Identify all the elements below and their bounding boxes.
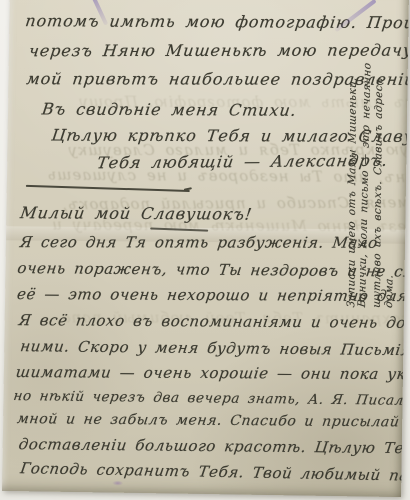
handwriting-line: доставленіи большого красотѣ. Цѣлую Тебя [18, 435, 409, 457]
handwriting-line: но нѣкій черезъ два вечера знать, А. Я. … [12, 388, 408, 410]
letter-scan: { "colors": { "background": "#f0efeb", "… [0, 0, 410, 500]
handwriting-line: ними. Скоро у меня будутъ новыя Письмія [19, 337, 409, 359]
divider-rule [26, 185, 190, 192]
ink-smudge-bottom-left [112, 481, 123, 486]
handwriting-line: мной и не забылъ меня. Спасибо и присыла… [16, 411, 409, 431]
paper-sheet: Цѣлую крѣпко Тебя и милаго Славушку очен… [2, 0, 409, 497]
handwriting-line: Господь сохранитъ Тебя. Твой любимый пап… [19, 459, 409, 485]
handwriting-line: Я всё плохо въ воспоминаніями и очень до… [18, 311, 409, 332]
handwriting-line: Я сего дня Тя опять разбуженія. Мало [19, 233, 379, 252]
handwriting-line: Въ свидѣніе меня Стихи. [41, 99, 298, 119]
handwriting-line: шиматами — очень хорошіе — они пока укра… [15, 363, 409, 383]
salutation-line: Милый мой Славушокъ! [19, 203, 254, 224]
margin-note: Записки имею отъ Мамы Мишеньки; Ванички,… [344, 7, 409, 308]
